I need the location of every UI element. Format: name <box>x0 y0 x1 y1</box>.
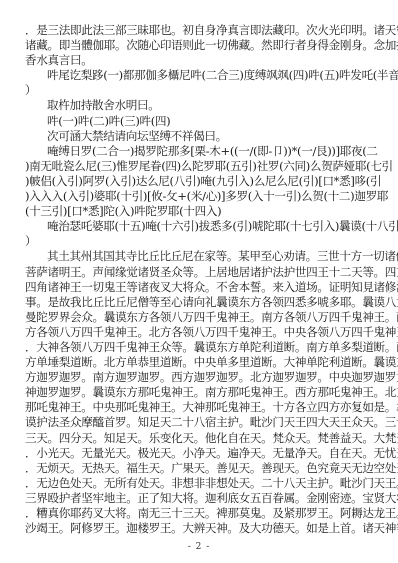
text-line: 方单埵梨道断。北方单恭里道断。中央单多里道断。大神单陀利道断。曩谟东 <box>25 355 367 370</box>
text-line: 曼陀罗界会众。曩谟东方各领八万四千鬼神王。南方各领八万四千鬼神王。西 <box>25 310 367 325</box>
mantra-line: 唵治瑟吒婆耶(十五)唵(十六引)拔悉多(引)唬陀耶(十七引入)曩谟(十八引 <box>25 219 367 234</box>
text-line: 谟护法圣众摩醯首罗。知足天二十八宿主护。毗沙门天王四大天王众天。三十 <box>25 415 367 430</box>
text-line: 诸藏。即当體伽耶。次随心印语则此一切佛藏。然即行者身得金刚身。念加持 <box>25 38 367 53</box>
text-line: ．糟真你耶药叉大将。南无三十三天。裨那莫鬼。及紧那罗王。阿耨达龙王。 <box>25 506 367 521</box>
paragraph-start: 其土其州其国其寺比丘比丘尼在家等。某甲至心劝请。三世十方一切诸佛 <box>25 249 367 264</box>
text-line: 三界殴护者坚牢地主。正了知大将。迦利底女五百眷属。金刚密迹。宝贤大将 <box>25 491 367 506</box>
text-line: 方迦罗迦罗。南方迦罗迦罗。西方迦罗迦罗。北方迦罗迦罗。中央迦罗迦罗大 <box>25 370 367 385</box>
text-line: 方各领八万四千鬼神王。北方各领八万四千鬼神王。中央各领八万四千鬼神王 <box>25 325 367 340</box>
mantra-line: )帔侣(入引)阿罗(入引)达么尼(八引)唵(九引入)么尼么尼(引)[口*悉]哆(… <box>25 174 367 189</box>
mantra-line: 吽(一)吽(二)吽(三)吽(四) <box>25 114 367 129</box>
text-line: 神迦罗迦罗。曩谟东方那吒鬼神王。南方那吒鬼神王。西方那吒鬼神王。北方 <box>25 385 367 400</box>
mantra-line: 唵缚日罗(二合一)揭罗陀那多[栗-木+((一/(即-卩))*(一/艮))]耶夜(… <box>25 144 367 159</box>
text-line: ） <box>25 83 367 98</box>
text-line: ．无边色处天。无所有处天。非想非非想处天。二十八天主护。毗沙门天王。 <box>25 476 367 491</box>
document-page: ．是三法即此法三部三昧耶也。初自身净真言即法藏印。次火光印明。诸天密 诸藏。即当… <box>25 23 367 536</box>
mantra-line: 吽尾讫梨跢(一)都那伽多欇尼吽(二合三)度缚飒飒(四)吽(五)吽发吒(半音 <box>25 68 367 83</box>
text-line: ．无烦天。无热天。福生天。广果天。善见天。善现天。色究竟天无边空处天 <box>25 461 367 476</box>
text-line: 次可涵大禁结请向坛坚缚不祥偈曰。 <box>25 129 367 144</box>
mantra-line: (十三引)[口*悉]陀(入)吽陀罗耶(十四入) <box>25 204 367 219</box>
text-line: 菩萨诸明王。声闻缘觉诸贤圣众等。上居地居诸护法护世四王十二天等。四方 <box>25 265 367 280</box>
text-line: 香水真言曰。 <box>25 53 367 68</box>
text-line: ．大神各领八万四千鬼神王众等。曩谟东方单陀利道断。南方单多梨道断。西 <box>25 340 367 355</box>
mantra-line: )南无吡瓷么尼(三)惟罗尾眷(四)么陀罗耶(五引)社罗(六同)么贺萨娅耶(七引 <box>25 159 367 174</box>
text-line: ．是三法即此法三部三昧耶也。初自身净真言即法藏印。次火光印明。诸天密 <box>25 23 367 38</box>
text-line: 三天。四分天。知足天。乐变化天。他化自在天。梵众天。梵善益天。大梵天 <box>25 431 367 446</box>
text-line: ） <box>25 234 367 249</box>
mantra-line: )入入入(入引)婆耶(十引)[攸-攵+(米/心)]多罗(入十一引)么贺(十二)迦… <box>25 189 367 204</box>
text-line: 取杵加持散舍水明曰。 <box>25 98 367 113</box>
text-line: 事。是故我比丘比丘尼僧等至心请向礼曩谟东方各领四悉多唬多耶。曩谟八大 <box>25 295 367 310</box>
text-line: ．小光天。无量光天。极光天。小净天。遍净天。无量净天。自在天。无忧天 <box>25 446 367 461</box>
text-line: 四角诸神王一切鬼王等诸夜叉大将众。不舍本誓。来入道场。证明知見诸修法 <box>25 280 367 295</box>
page-number: - 2 - <box>0 542 398 552</box>
text-line: 沙竭王。阿修罗王。迦楼罗王。大辨天神。及大功德天。如是上首。诸天神等 <box>25 521 367 536</box>
text-line: 那吒鬼神王。中央那吒鬼神王。大神那吒鬼神王。十方各立四方亦复如是。曩 <box>25 400 367 415</box>
